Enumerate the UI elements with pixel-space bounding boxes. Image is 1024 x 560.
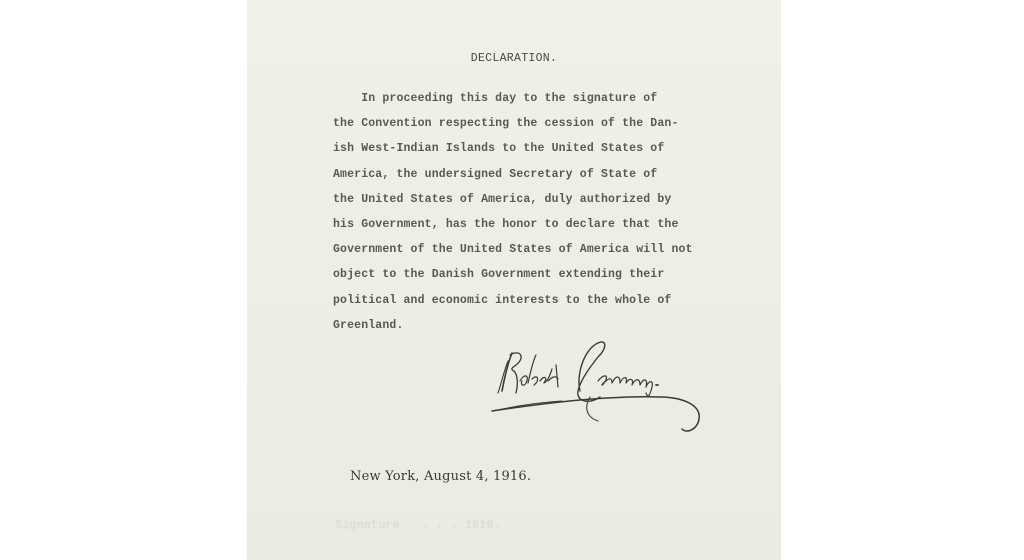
declaration-body: In proceeding this day to the signature … xyxy=(333,86,753,338)
signature-robert-lansing: Robert Lansing xyxy=(472,335,712,440)
body-line: the United States of America, duly autho… xyxy=(333,187,753,212)
document-heading: DECLARATION. xyxy=(247,52,781,65)
body-line: Government of the United States of Ameri… xyxy=(333,237,753,262)
document-page: DECLARATION. In proceeding this day to t… xyxy=(247,0,781,560)
date-line: New York, August 4, 1916. xyxy=(350,469,531,484)
body-line: the Convention respecting the cession of… xyxy=(333,111,753,136)
bleed-through-text: Signature . . . 1916. xyxy=(335,518,501,532)
body-line: ish West-Indian Islands to the United St… xyxy=(333,136,753,161)
body-line: political and economic interests to the … xyxy=(333,288,753,313)
body-line: In proceeding this day to the signature … xyxy=(333,86,753,111)
body-line: America, the undersigned Secretary of St… xyxy=(333,162,753,187)
body-line: object to the Danish Government extendin… xyxy=(333,262,753,287)
body-line: his Government, has the honor to declare… xyxy=(333,212,753,237)
